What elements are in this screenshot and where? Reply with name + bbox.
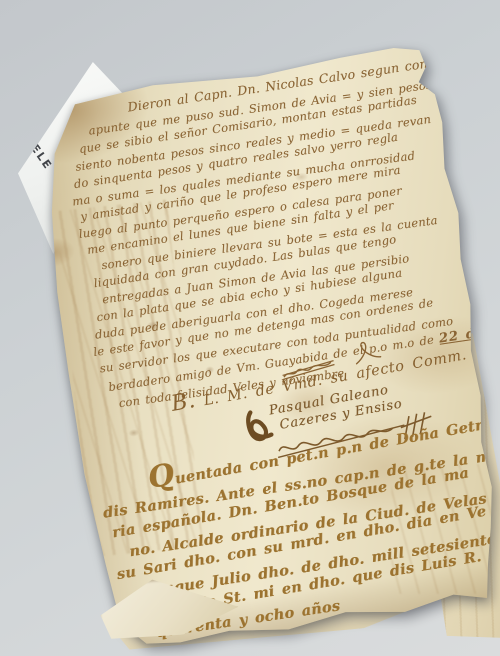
photo-backdrop: VELE Dieron al Capn. Dn. Nicolas Calvo s… — [0, 0, 500, 656]
manuscript-sheet-wrapper: Dieron al Capn. Dn. Nicolas Calvo segun … — [0, 0, 500, 656]
manuscript-sheet: Dieron al Capn. Dn. Nicolas Calvo segun … — [26, 30, 500, 656]
